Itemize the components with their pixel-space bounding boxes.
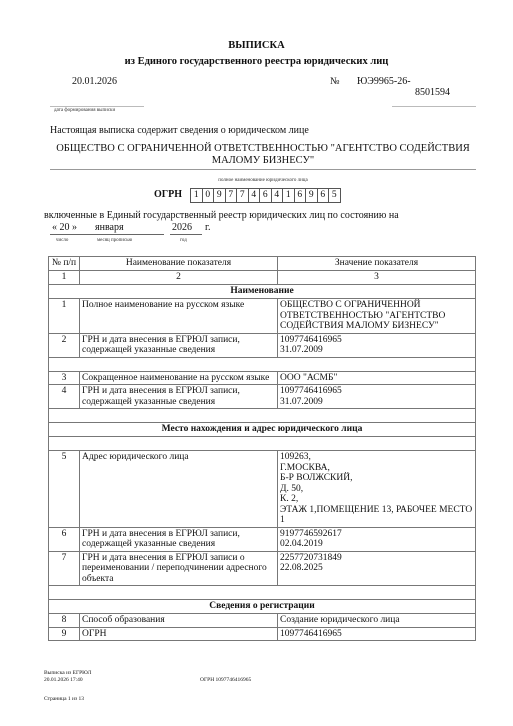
intro-text: Настоящая выписка содержит сведения о юр… xyxy=(50,125,309,136)
row-value: ОБЩЕСТВО С ОГРАНИЧЕННОЙ ОТВЕТСТВЕННОСТЬЮ… xyxy=(278,299,476,334)
footer-ogrn: ОГРН 1097746416965 xyxy=(200,677,251,683)
header-number: № п/п xyxy=(49,257,80,271)
row-value: 9197746592617 02.04.2019 xyxy=(278,527,476,551)
table-row: 5 Адрес юридического лица 109263, Г.МОСК… xyxy=(49,451,476,528)
row-number: 2 xyxy=(49,333,80,357)
ogrn-digit: 6 xyxy=(295,189,307,202)
document-title: ВЫПИСКА xyxy=(0,40,513,51)
table-row: 9 ОГРН 1097746416965 xyxy=(49,627,476,641)
row-name: Способ образования xyxy=(80,614,278,628)
extract-number-part1: ЮЭ9965-26- xyxy=(357,76,411,87)
section-header: Сведения о регистрации xyxy=(49,600,476,614)
row-name: ОГРН xyxy=(80,627,278,641)
section-header: Место нахождения и адрес юридического ли… xyxy=(49,423,476,437)
number-sign: № xyxy=(330,76,340,87)
row-name: ГРН и дата внесения в ЕГРЮЛ записи, соде… xyxy=(80,333,278,357)
footer-page-number: Страница 1 из 13 xyxy=(44,696,84,702)
table-header-row: № п/п Наименование показателя Значение п… xyxy=(49,257,476,271)
row-name: ГРН и дата внесения в ЕГРЮЛ записи, соде… xyxy=(80,527,278,551)
col-number: 1 xyxy=(49,271,80,285)
section-header: Наименование xyxy=(49,285,476,299)
spacer-row xyxy=(49,357,476,371)
row-value: 2257720731849 22.08.2025 xyxy=(278,551,476,586)
table-row: 1 Полное наименование на русском языке О… xyxy=(49,299,476,334)
date-caption: дата формирования выписки xyxy=(54,108,115,113)
ogrn-digit: 1 xyxy=(191,189,203,202)
footer-timestamp: 20.01.2026 17:40 xyxy=(44,677,91,684)
ogrn-digit: 7 xyxy=(226,189,238,202)
row-value: 1097746416965 xyxy=(278,627,476,641)
row-value: 109263, Г.МОСКВА, Б-Р ВОЛЖСКИЙ, Д. 50, К… xyxy=(278,451,476,528)
ogrn-digit: 4 xyxy=(272,189,284,202)
ogrn-digit: 7 xyxy=(237,189,249,202)
year-caption: год xyxy=(180,238,187,243)
state-month: января xyxy=(95,222,124,233)
ogrn-digit: 4 xyxy=(249,189,261,202)
table-row: 8 Способ образования Создание юридическо… xyxy=(49,614,476,628)
state-year: 2026 xyxy=(172,222,192,233)
year-suffix: г. xyxy=(205,222,210,233)
footer-doc-name: Выписка из ЕГРЮЛ xyxy=(44,670,91,677)
spacer-row xyxy=(49,586,476,600)
row-number: 7 xyxy=(49,551,80,586)
ogrn-digit: 9 xyxy=(306,189,318,202)
ogrn-digit: 9 xyxy=(214,189,226,202)
row-number: 6 xyxy=(49,527,80,551)
section-title: Наименование xyxy=(49,285,476,299)
row-number: 1 xyxy=(49,299,80,334)
section-title: Сведения о регистрации xyxy=(49,600,476,614)
row-number: 3 xyxy=(49,371,80,385)
table-row: 7 ГРН и дата внесения в ЕГРЮЛ записи о п… xyxy=(49,551,476,586)
month-caption: месяц прописью xyxy=(97,238,132,243)
section-title: Место нахождения и адрес юридического ли… xyxy=(49,423,476,437)
full-name-caption: полное наименование юридического лица xyxy=(50,178,476,183)
row-number: 8 xyxy=(49,614,80,628)
ogrn-digit: 0 xyxy=(203,189,215,202)
col-number: 2 xyxy=(80,271,278,285)
spacer-row xyxy=(49,409,476,423)
row-number: 5 xyxy=(49,451,80,528)
ogrn-digit: 5 xyxy=(329,189,340,202)
row-name: ГРН и дата внесения в ЕГРЮЛ записи, соде… xyxy=(80,385,278,409)
spacer-row xyxy=(49,437,476,451)
company-full-name: ОБЩЕСТВО С ОГРАНИЧЕННОЙ ОТВЕТСТВЕННОСТЬЮ… xyxy=(50,143,476,167)
row-name: Полное наименование на русском языке xyxy=(80,299,278,334)
extract-date: 20.01.2026 xyxy=(72,76,117,87)
ogrn-digit-boxes: 1 0 9 7 7 4 6 4 1 6 9 6 5 xyxy=(190,188,341,203)
row-name: Адрес юридического лица xyxy=(80,451,278,528)
header-indicator: Наименование показателя xyxy=(80,257,278,271)
footer-left: Выписка из ЕГРЮЛ 20.01.2026 17:40 xyxy=(44,670,91,684)
egrul-table: № п/п Наименование показателя Значение п… xyxy=(48,256,476,641)
ogrn-label: ОГРН xyxy=(154,189,182,200)
extract-number-part2: 8501594 xyxy=(415,87,450,98)
row-number: 9 xyxy=(49,627,80,641)
header-value: Значение показателя xyxy=(278,257,476,271)
day-caption: число xyxy=(56,238,68,243)
date-underline xyxy=(50,106,144,107)
row-value: 1097746416965 31.07.2009 xyxy=(278,333,476,357)
row-name: Сокращенное наименование на русском язык… xyxy=(80,371,278,385)
table-row: 4 ГРН и дата внесения в ЕГРЮЛ записи, со… xyxy=(49,385,476,409)
table-row: 6 ГРН и дата внесения в ЕГРЮЛ записи, со… xyxy=(49,527,476,551)
document-subtitle: из Единого государственного реестра юрид… xyxy=(0,56,513,67)
row-value: Создание юридического лица xyxy=(278,614,476,628)
ogrn-digit: 6 xyxy=(318,189,330,202)
row-value: 1097746416965 31.07.2009 xyxy=(278,385,476,409)
col-number: 3 xyxy=(278,271,476,285)
table-row: 3 Сокращенное наименование на русском яз… xyxy=(49,371,476,385)
ogrn-digit: 1 xyxy=(283,189,295,202)
table-row: 2 ГРН и дата внесения в ЕГРЮЛ записи, со… xyxy=(49,333,476,357)
number-underline xyxy=(392,106,476,107)
day-month-underline xyxy=(50,234,164,235)
ogrn-digit: 6 xyxy=(260,189,272,202)
year-underline xyxy=(170,234,202,235)
full-name-underline xyxy=(50,169,476,170)
row-name: ГРН и дата внесения в ЕГРЮЛ записи о пер… xyxy=(80,551,278,586)
row-value: ООО "АСМБ" xyxy=(278,371,476,385)
state-day: « 20 » xyxy=(52,222,77,233)
included-text: включенные в Единый государственный реес… xyxy=(44,210,399,221)
row-number: 4 xyxy=(49,385,80,409)
column-numbers-row: 1 2 3 xyxy=(49,271,476,285)
